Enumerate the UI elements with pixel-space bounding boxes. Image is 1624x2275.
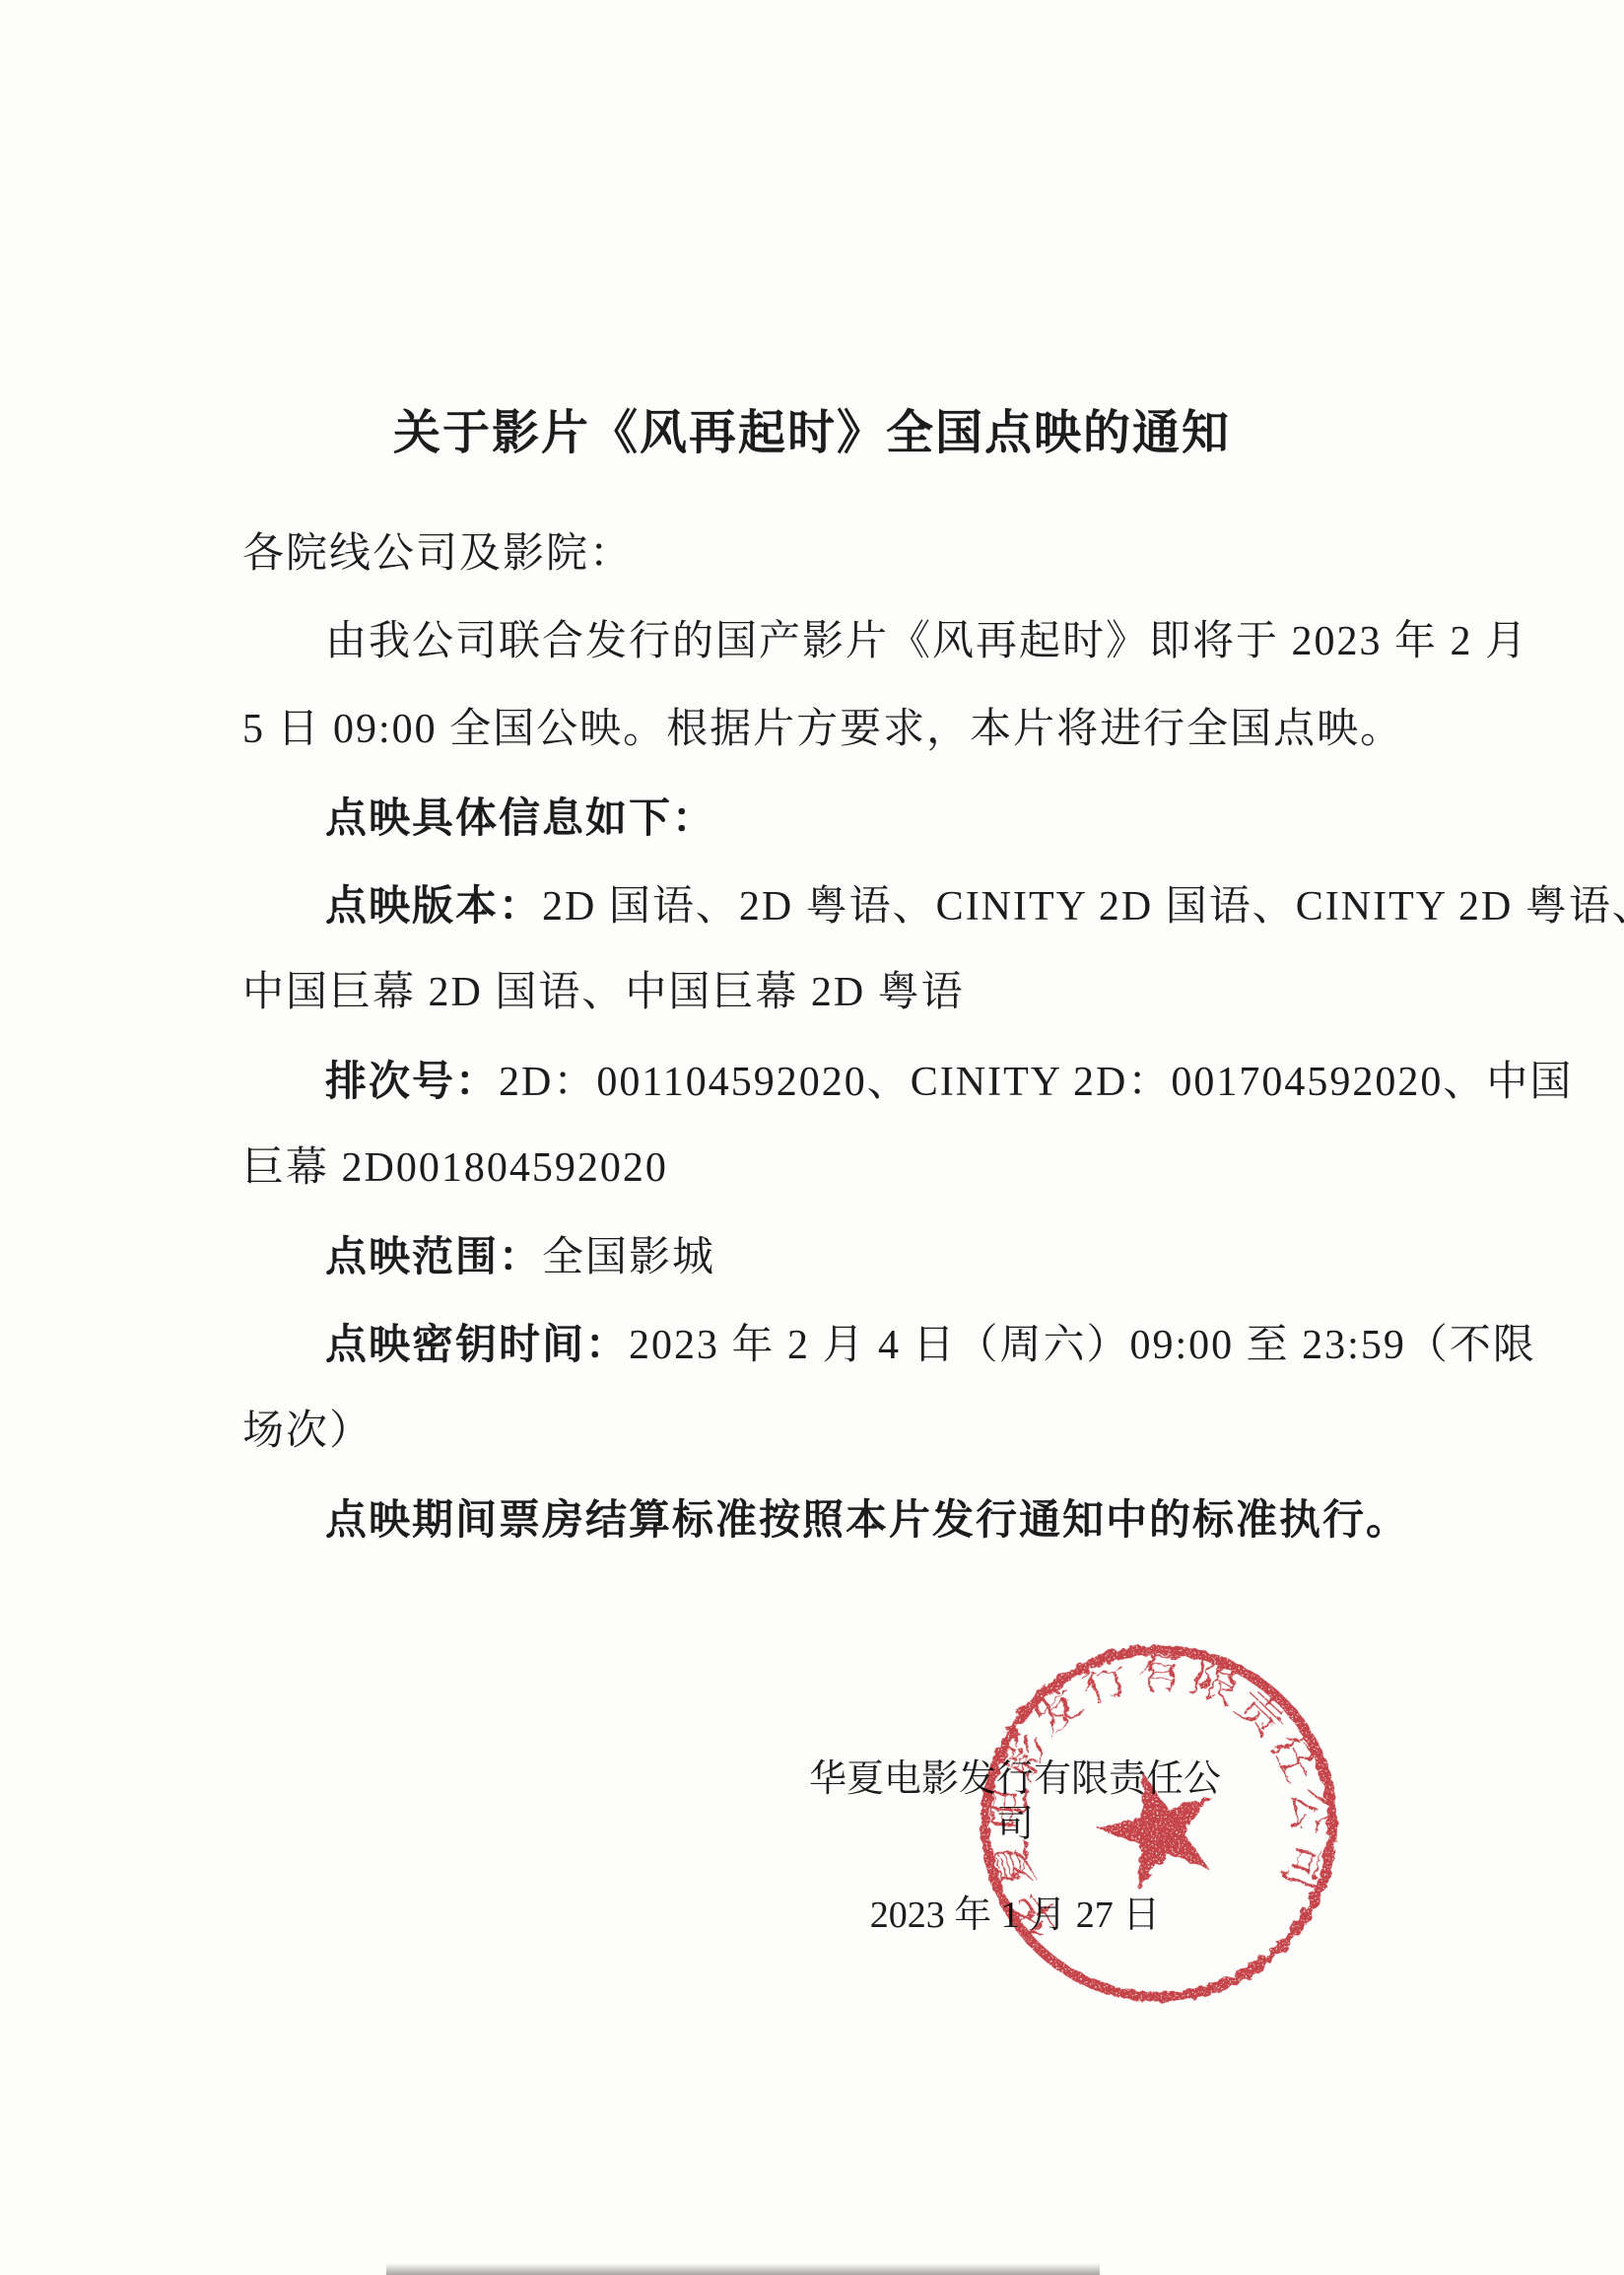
salutation-line: 各院线公司及影院：: [242, 511, 1415, 598]
scope-line: 点映范围：全国影城: [242, 1212, 1415, 1300]
sequence-number-line-1: 排次号：2D：001104592020、CINITY 2D：0017045920…: [242, 1037, 1415, 1125]
sequence-number-label: 排次号：: [325, 1058, 499, 1104]
version-label: 点映版本：: [325, 882, 542, 929]
salutation-text: 各院线公司及影院：: [242, 531, 633, 577]
version-value: 中国巨幕 2D 国语、中国巨幕 2D 粤语: [242, 970, 965, 1015]
key-time-line-1: 点映密钥时间：2023 年 2 月 4 日（周六）09:00 至 23:59（不…: [242, 1300, 1415, 1388]
version-value: 2D 国语、2D 粤语、CINITY 2D 国语、CINITY 2D 粤语、: [542, 884, 1624, 930]
company-stamp: 华夏电影发行有限责任公司 ★: [955, 1620, 1363, 2028]
document-title: 关于影片《风再起时》全国点映的通知: [0, 402, 1624, 465]
scan-edge-shadow: [386, 2263, 1100, 2275]
document-body: 各院线公司及影院： 由我公司联合发行的国产影片《风再起时》即将于 2023 年 …: [242, 511, 1415, 1563]
settlement-line: 点映期间票房结算标准按照本片发行通知中的标准执行。: [242, 1476, 1415, 1563]
version-line-1: 点映版本：2D 国语、2D 粤语、CINITY 2D 国语、CINITY 2D …: [242, 862, 1415, 949]
version-line-2: 中国巨幕 2D 国语、中国巨幕 2D 粤语: [242, 949, 1415, 1037]
paragraph-text: 5 日 09:00 全国公映。根据片方要求，本片将进行全国点映。: [242, 707, 1403, 752]
info-heading-line: 点映具体信息如下：: [242, 774, 1415, 862]
sequence-number-value: 巨幕 2D001804592020: [242, 1145, 668, 1191]
paragraph-release-line-1: 由我公司联合发行的国产影片《风再起时》即将于 2023 年 2 月: [242, 598, 1415, 686]
document-page: 关于影片《风再起时》全国点映的通知 各院线公司及影院： 由我公司联合发行的国产影…: [0, 0, 1624, 2275]
key-time-value: 场次）: [242, 1409, 372, 1454]
paragraph-text: 由我公司联合发行的国产影片《风再起时》即将于 2023 年 2 月: [325, 619, 1528, 664]
scope-label: 点映范围：: [325, 1233, 542, 1279]
settlement-text: 点映期间票房结算标准按照本片发行通知中的标准执行。: [325, 1496, 1409, 1543]
key-time-line-2: 场次）: [242, 1388, 1415, 1476]
paragraph-release-line-2: 5 日 09:00 全国公映。根据片方要求，本片将进行全国点映。: [242, 686, 1415, 774]
sequence-number-line-2: 巨幕 2D001804592020: [242, 1125, 1415, 1212]
scope-value: 全国影城: [542, 1235, 715, 1280]
star-icon: ★: [1069, 1728, 1249, 1930]
info-heading-text: 点映具体信息如下：: [325, 794, 715, 841]
key-time-label: 点映密钥时间：: [325, 1321, 629, 1367]
sequence-number-value: 2D：001104592020、CINITY 2D：001704592020、中…: [499, 1060, 1573, 1105]
key-time-value: 2023 年 2 月 4 日（周六）09:00 至 23:59（不限: [629, 1323, 1536, 1368]
